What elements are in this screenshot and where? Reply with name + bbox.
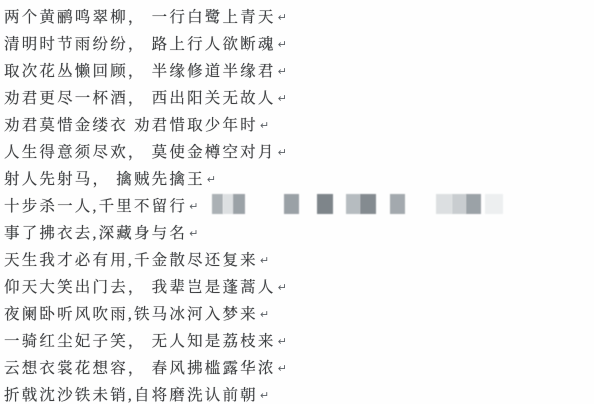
poem-line-text: 天生我才必有用,千金散尽还复来 bbox=[4, 248, 258, 270]
redaction-block bbox=[485, 194, 503, 214]
line-break-icon: ↵ bbox=[278, 11, 287, 24]
poem-line: 清明时节雨纷纷， 路上行人欲断魂↵ bbox=[4, 29, 594, 56]
poem-line: 云想衣裳花想容， 春风拂槛露华浓↵ bbox=[4, 353, 594, 380]
poem-line: 劝君莫惜金缕衣 劝君惜取少年时↵ bbox=[4, 110, 594, 137]
redaction-block bbox=[284, 194, 299, 214]
poem-line: 一骑红尘妃子笑， 无人知是荔枝来↵ bbox=[4, 326, 594, 353]
redaction-block bbox=[436, 194, 452, 214]
redaction-block bbox=[360, 194, 376, 214]
redaction-block bbox=[317, 194, 333, 214]
poem-line: 夜阑卧听风吹雨,铁马冰河入梦来↵ bbox=[4, 299, 594, 326]
line-break-icon: ↵ bbox=[260, 308, 269, 321]
poem-line-text: 劝君莫惜金缕衣 劝君惜取少年时 bbox=[4, 113, 258, 135]
line-break-icon: ↵ bbox=[278, 146, 287, 159]
poem-line: 人生得意须尽欢， 莫使金樽空对月↵ bbox=[4, 137, 594, 164]
poem-line: 两个黄鹂鸣翠柳， 一行白鹭上青天↵ bbox=[4, 2, 594, 29]
poem-line: 射人先射马， 擒贼先擒王↵ bbox=[4, 164, 594, 191]
poem-line-text: 射人先射马， 擒贼先擒王 bbox=[4, 167, 205, 189]
line-break-icon: ↵ bbox=[189, 200, 198, 213]
poem-line-text: 一骑红尘妃子笑， 无人知是荔枝来 bbox=[4, 329, 276, 351]
line-break-icon: ↵ bbox=[278, 281, 287, 294]
poem-line-text: 两个黄鹂鸣翠柳， 一行白鹭上青天 bbox=[4, 5, 276, 27]
poem-line-text: 取次花丛懒回顾， 半缘修道半缘君 bbox=[4, 59, 276, 81]
poem-line: 事了拂衣去,深藏身与名↵ bbox=[4, 218, 594, 245]
redaction-block bbox=[466, 194, 481, 214]
poem-line: 折戟沈沙铁未销,自将磨洗认前朝↵ bbox=[4, 380, 594, 404]
redaction-block bbox=[390, 194, 405, 214]
redaction-block bbox=[452, 194, 466, 214]
redaction-block bbox=[346, 194, 360, 214]
poem-line: 天生我才必有用,千金散尽还复来↵ bbox=[4, 245, 594, 272]
poem-line: 取次花丛懒回顾， 半缘修道半缘君↵ bbox=[4, 56, 594, 83]
line-break-icon: ↵ bbox=[278, 92, 287, 105]
poem-line-text: 十步杀一人,千里不留行 bbox=[4, 194, 187, 216]
line-break-icon: ↵ bbox=[260, 119, 269, 132]
poem-line: 劝君更尽一杯酒， 西出阳关无故人↵ bbox=[4, 83, 594, 110]
line-break-icon: ↵ bbox=[189, 227, 198, 240]
redaction-block bbox=[223, 194, 233, 214]
line-break-icon: ↵ bbox=[278, 335, 287, 348]
poem-line-text: 夜阑卧听风吹雨,铁马冰河入梦来 bbox=[4, 302, 258, 324]
poem-line: 仰天大笑出门去， 我辈岂是蓬蒿人↵ bbox=[4, 272, 594, 299]
poem-line-text: 仰天大笑出门去， 我辈岂是蓬蒿人 bbox=[4, 275, 276, 297]
line-break-icon: ↵ bbox=[260, 254, 269, 267]
line-break-icon: ↵ bbox=[207, 173, 216, 186]
line-break-icon: ↵ bbox=[278, 362, 287, 375]
poem-line: 十步杀一人,千里不留行↵ bbox=[4, 191, 594, 218]
poem-line-text: 人生得意须尽欢， 莫使金樽空对月 bbox=[4, 140, 276, 162]
line-break-icon: ↵ bbox=[278, 38, 287, 51]
poem-line-text: 折戟沈沙铁未销,自将磨洗认前朝 bbox=[4, 383, 258, 404]
redaction-block bbox=[212, 194, 223, 214]
line-break-icon: ↵ bbox=[260, 389, 269, 402]
poem-lines: 两个黄鹂鸣翠柳， 一行白鹭上青天↵清明时节雨纷纷， 路上行人欲断魂↵取次花丛懒回… bbox=[0, 2, 594, 404]
poem-line-text: 云想衣裳花想容， 春风拂槛露华浓 bbox=[4, 356, 276, 378]
redaction-block bbox=[233, 194, 245, 214]
line-break-icon: ↵ bbox=[278, 65, 287, 78]
poem-line-text: 劝君更尽一杯酒， 西出阳关无故人 bbox=[4, 86, 276, 108]
redaction-mosaic bbox=[198, 194, 503, 214]
document-page: 两个黄鹂鸣翠柳， 一行白鹭上青天↵清明时节雨纷纷， 路上行人欲断魂↵取次花丛懒回… bbox=[0, 0, 594, 404]
poem-line-text: 事了拂衣去,深藏身与名 bbox=[4, 221, 187, 243]
poem-line-text: 清明时节雨纷纷， 路上行人欲断魂 bbox=[4, 32, 276, 54]
